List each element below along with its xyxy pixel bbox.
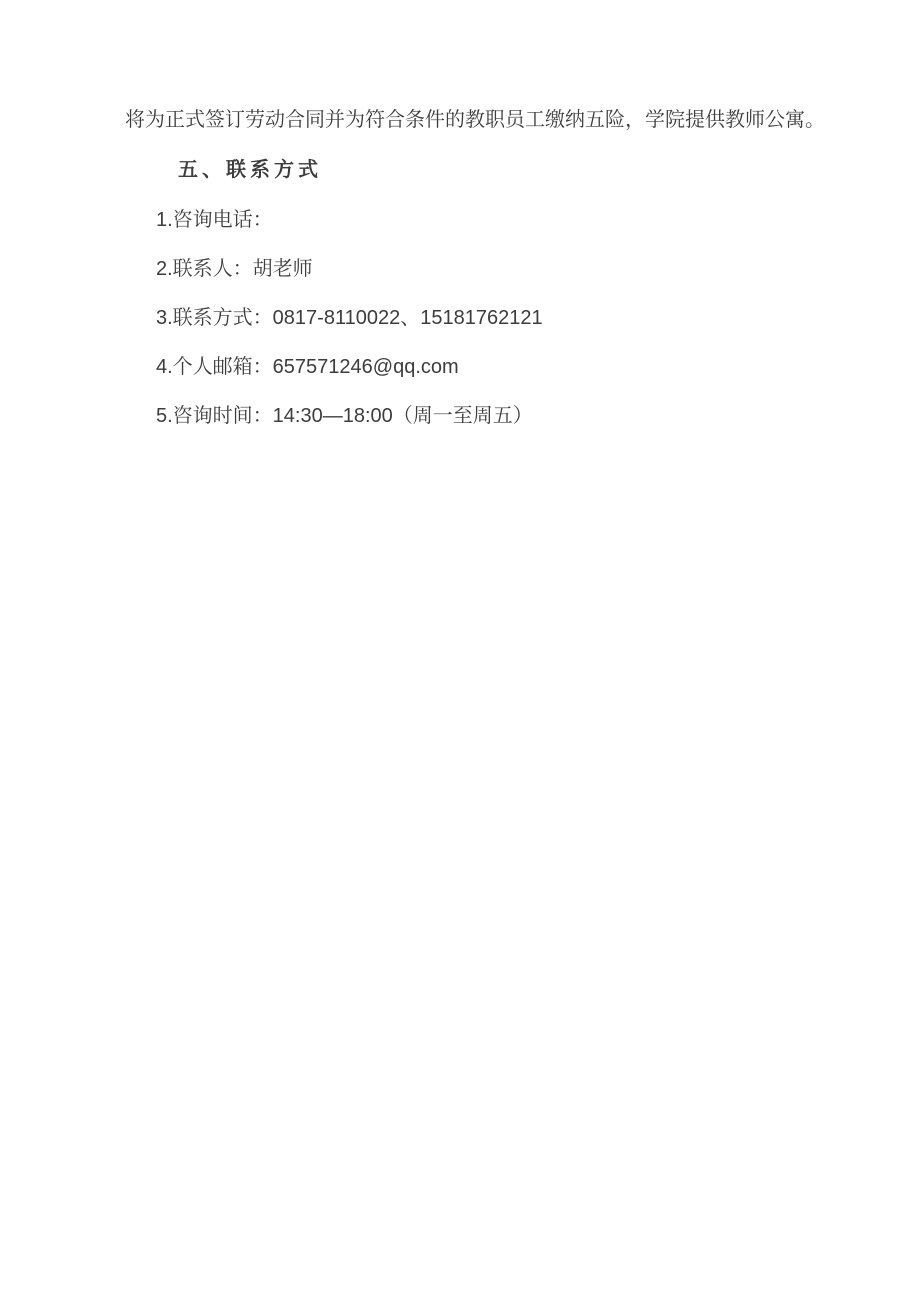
- document-page: 将为正式签订劳动合同并为符合条件的教职员工缴纳五险，学院提供教师公寓。 五、联系…: [0, 0, 915, 1289]
- body-paragraph: 将为正式签订劳动合同并为符合条件的教职员工缴纳五险，学院提供教师公寓。: [125, 0, 825, 134]
- contact-item-hours: 5.咨询时间：14:30—18:00（周一至周五）: [156, 402, 915, 430]
- contact-item-phone-label: 1.咨询电话：: [156, 206, 915, 234]
- section-heading-contact: 五、联系方式: [178, 155, 915, 185]
- contact-item-phone-numbers: 3.联系方式：0817-8110022、15181762121: [156, 304, 915, 332]
- contact-item-email: 4.个人邮箱：657571246@qq.com: [156, 353, 915, 381]
- contact-item-person: 2.联系人：胡老师: [156, 255, 915, 283]
